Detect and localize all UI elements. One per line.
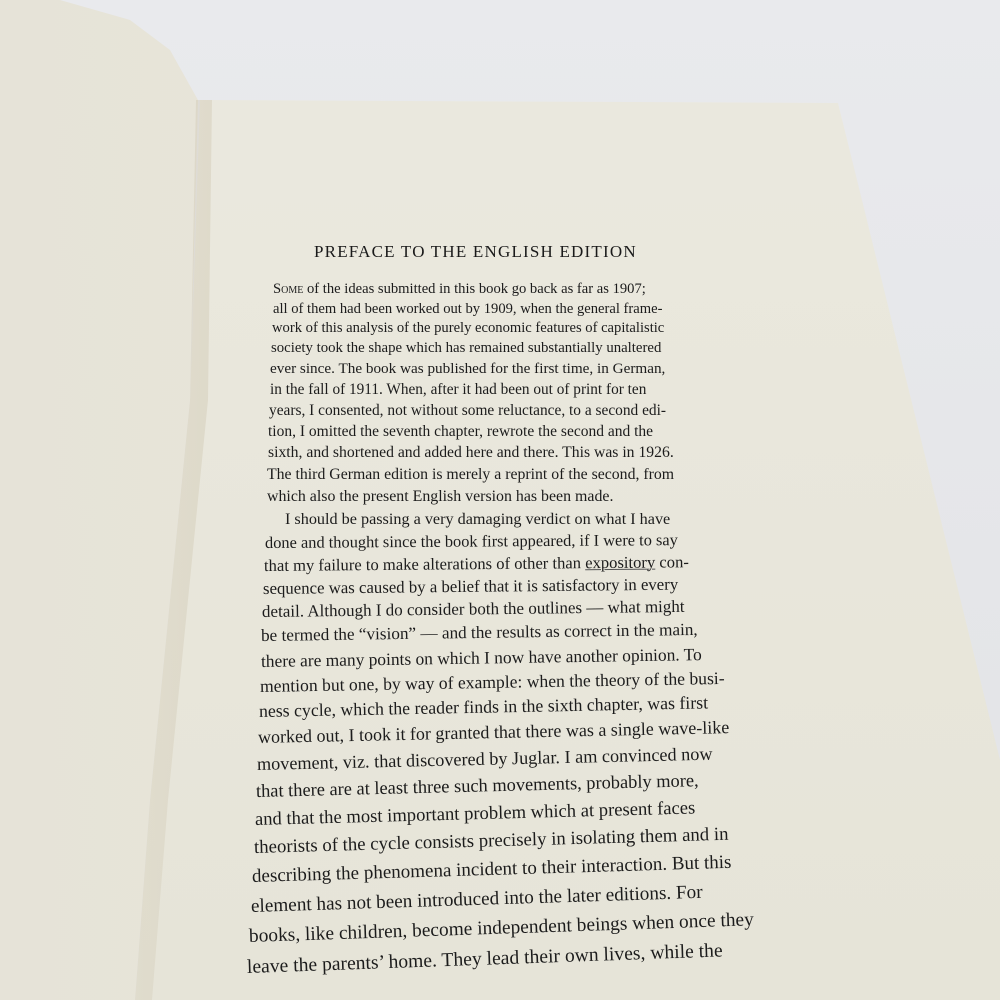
page-title: PREFACE TO THE ENGLISH EDITION (314, 242, 637, 262)
text-line: I should be passing a very damaging verd… (285, 510, 670, 529)
text-line: tion, I omitted the seventh chapter, rew… (268, 423, 653, 441)
underlined-word: expository (585, 553, 655, 573)
text-line: movement, viz. that discovered by Juglar… (257, 744, 713, 775)
text-line: that there are at least three such movem… (256, 770, 699, 802)
text-line: be termed the “vision” — and the results… (261, 620, 698, 646)
text-line: leave the parents’ home. They lead their… (247, 940, 723, 979)
text-line: Some of the ideas submitted in this book… (273, 281, 646, 298)
text-line: sequence was caused by a belief that it … (263, 575, 678, 599)
text-line: work of this analysis of the purely econ… (272, 320, 664, 337)
text-line: which also the present English version h… (267, 488, 613, 506)
book-photo: PREFACE TO THE ENGLISH EDITION Some of t… (0, 0, 1000, 1000)
text-line: ness cycle, which the reader finds in th… (259, 692, 708, 722)
text-line: ever since. The book was published for t… (270, 360, 665, 378)
text-line: sixth, and shortened and added here and … (268, 444, 674, 462)
text-line: worked out, I took it for granted that t… (258, 717, 730, 748)
page-text: PREFACE TO THE ENGLISH EDITION Some of t… (0, 0, 1000, 1000)
text-line: there are many points on which I now hav… (261, 644, 702, 672)
lead-word: Some (273, 281, 303, 297)
text-line: years, I consented, not without some rel… (269, 402, 666, 420)
text-line: detail. Although I do consider both the … (262, 597, 685, 622)
text-line: The third German edition is merely a rep… (267, 466, 674, 484)
text-line: society took the shape which has remaine… (271, 340, 661, 357)
text-line: done and thought since the book first ap… (265, 530, 678, 553)
text-line: in the fall of 1911. When, after it had … (270, 381, 646, 399)
text-line: that my failure to make alterations of o… (264, 552, 689, 576)
text-line: all of them had been worked out by 1909,… (273, 301, 662, 318)
